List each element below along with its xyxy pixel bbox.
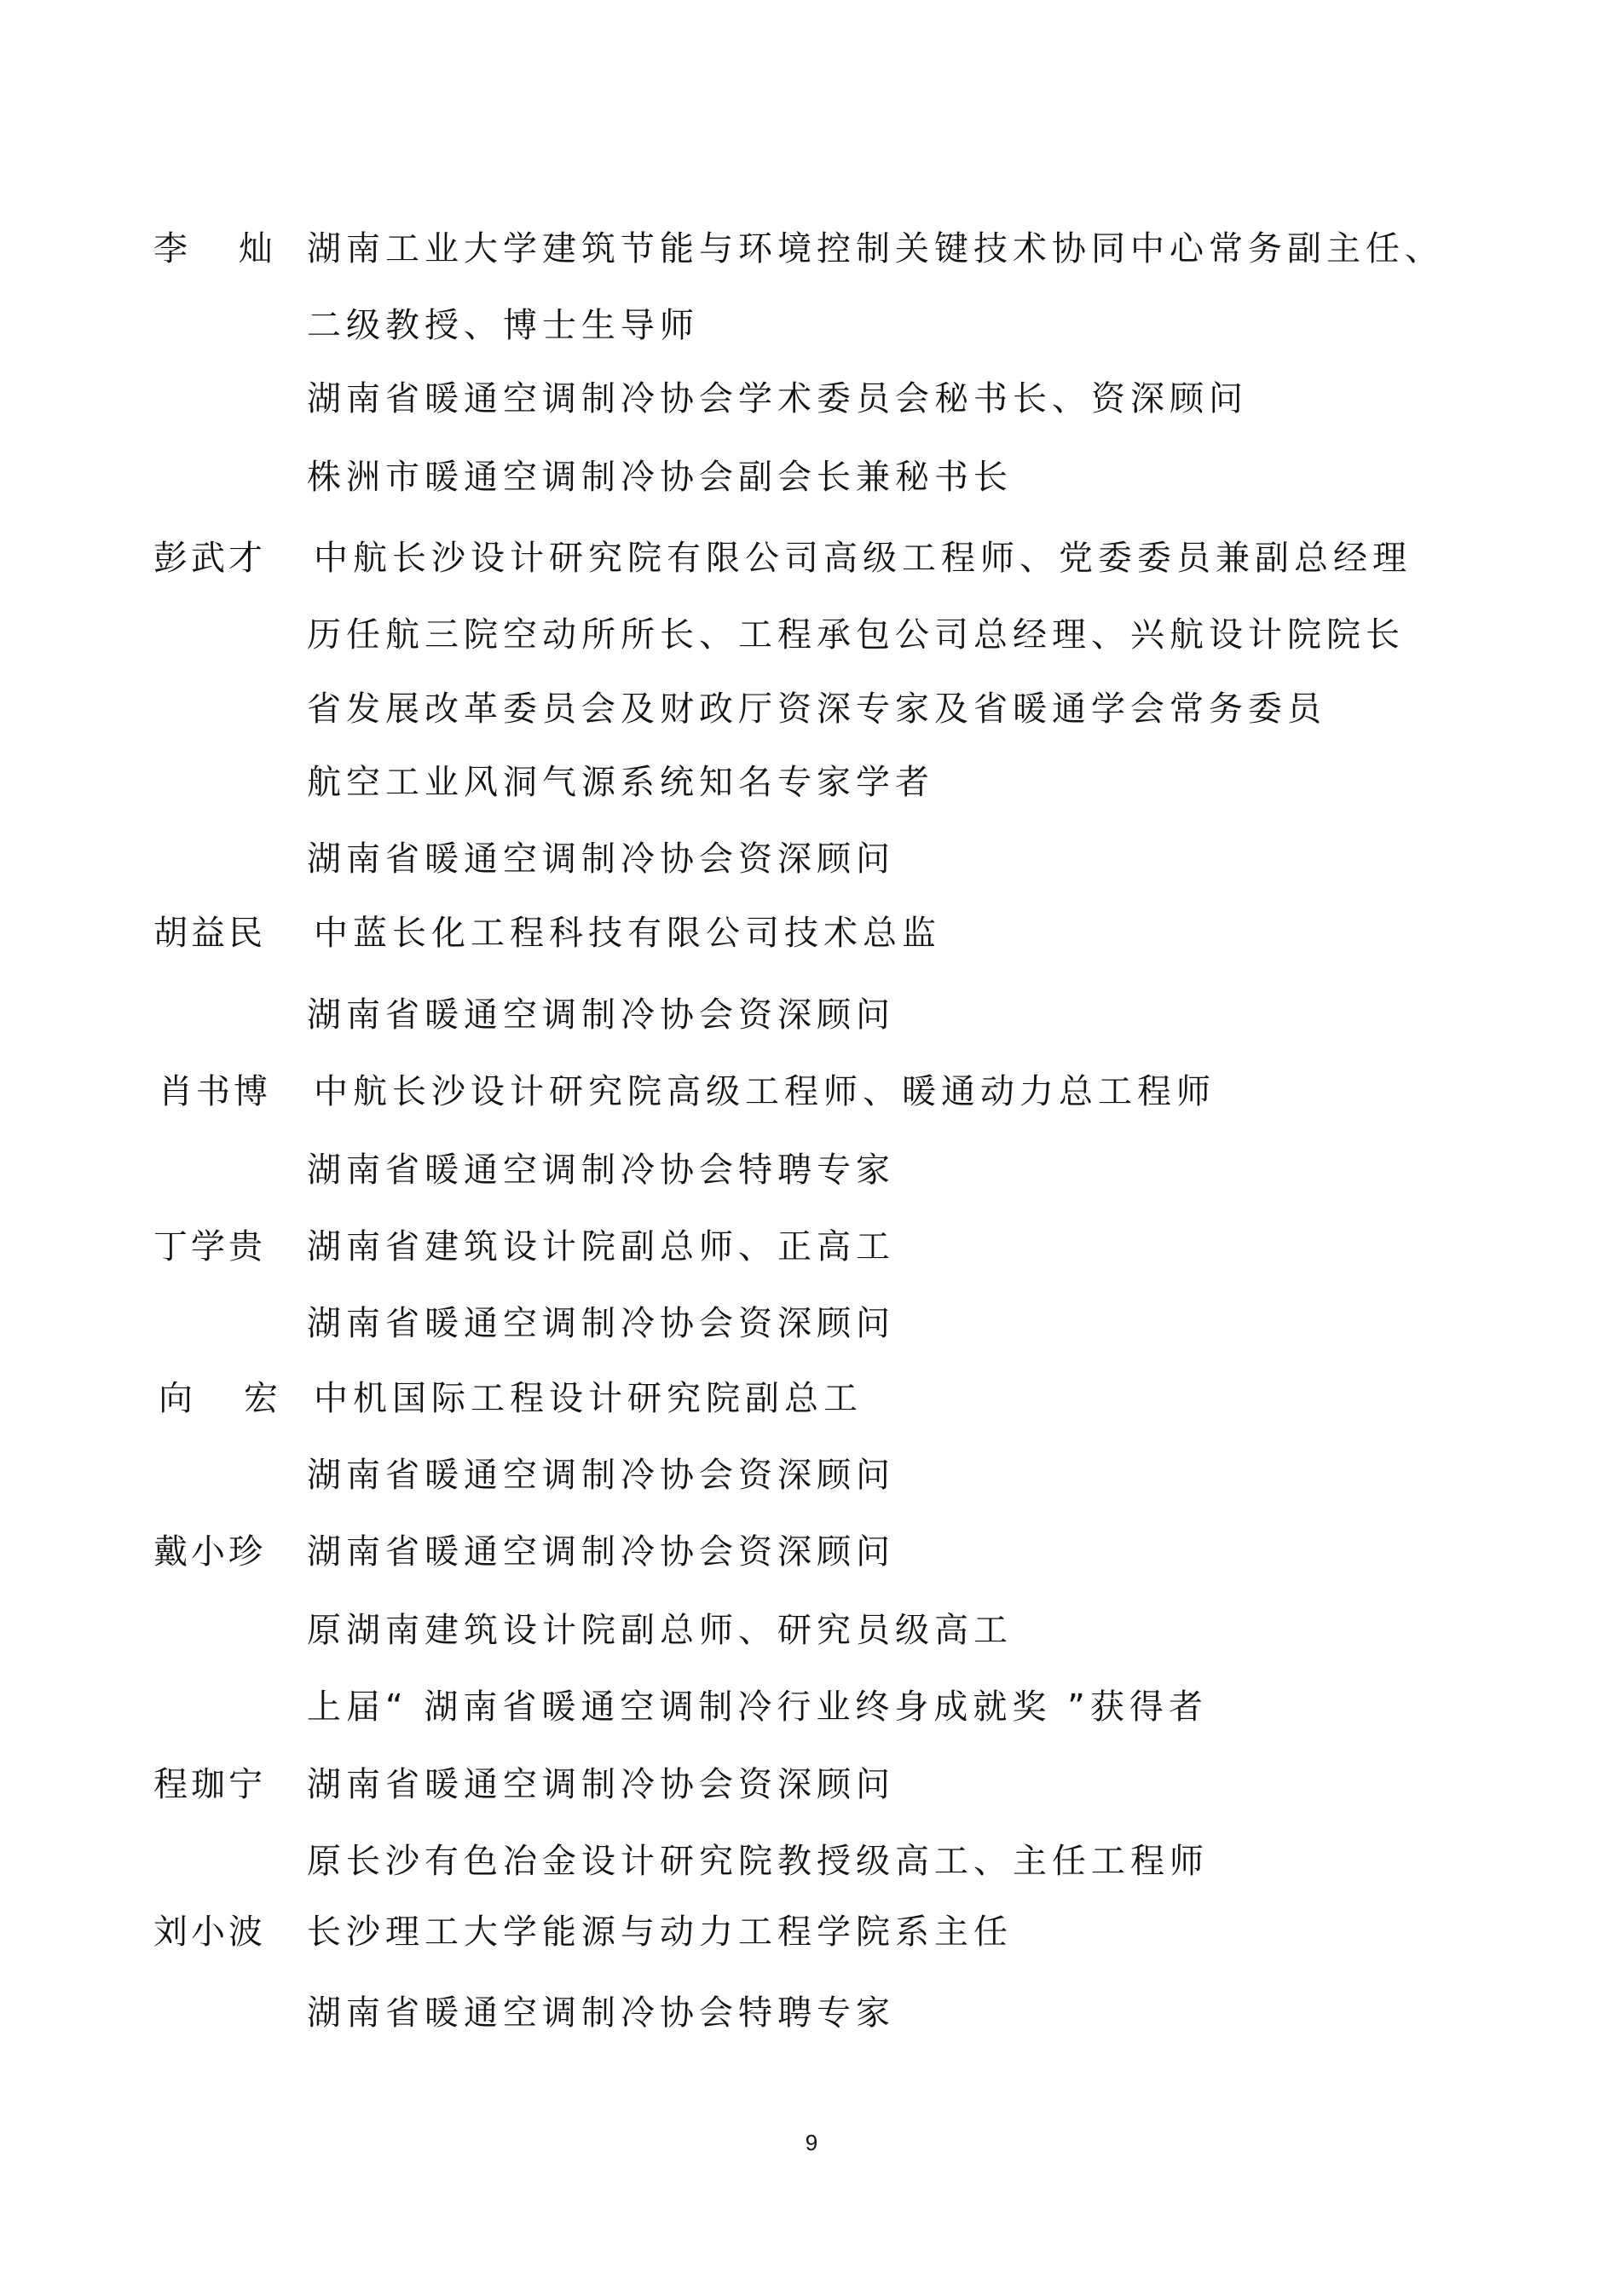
title-line: 湖南省暖通空调制冷协会资深顾问	[307, 839, 895, 880]
title-line: 二级教授、博士生导师	[307, 305, 699, 346]
title-line: 湖南省暖通空调制冷协会特聘专家	[307, 1150, 895, 1191]
title-line: 株洲市暖通空调制冷协会副会长兼秘书长	[307, 457, 1013, 498]
title-line: 中机国际工程设计研究院副总工	[314, 1378, 863, 1419]
title-line: 湖南省暖通空调制冷协会资深顾问	[307, 1455, 895, 1496]
title-line: 湖南省暖通空调制冷协会资深顾问	[307, 1303, 895, 1344]
title-line: 省发展改革委员会及财政厅资深专家及省暖通学会常务委员	[307, 689, 1326, 730]
title-line: 湖南省暖通空调制冷协会资深顾问	[307, 1532, 895, 1572]
name-char: 灿	[239, 229, 273, 268]
title-line: 原长沙有色冶金设计研究院教授级高工、主任工程师	[307, 1841, 1209, 1882]
title-line: 湖南省暖通空调制冷协会特聘专家	[307, 1993, 895, 2034]
person-name: 胡益民	[153, 913, 266, 954]
page-number: 9	[0, 2129, 1623, 2156]
title-line: 湖南省建筑设计院副总师、正高工	[307, 1226, 895, 1267]
title-line: 湖南工业大学建筑节能与环境控制关键技术协同中心常务副主任、	[307, 228, 1444, 269]
title-line: 上届“ 湖南省暖通空调制冷行业终身成就奖 ”获得者	[307, 1687, 1208, 1728]
title-line: 湖南省暖通空调制冷协会资深顾问	[307, 1764, 895, 1805]
person-name: 李灿	[153, 228, 273, 269]
title-line: 中蓝长化工程科技有限公司技术总监	[314, 913, 941, 954]
title-line: 湖南省暖通空调制冷协会资深顾问	[307, 995, 895, 1036]
title-line: 历任航三院空动所所长、工程承包公司总经理、兴航设计院院长	[307, 614, 1405, 655]
person-name: 向宏	[159, 1378, 278, 1419]
person-name: 程珈宁	[153, 1764, 266, 1805]
name-char: 宏	[244, 1379, 278, 1418]
name-char: 向	[159, 1379, 193, 1418]
document-page: 李灿 湖南工业大学建筑节能与环境控制关键技术协同中心常务副主任、 二级教授、博士…	[0, 0, 1623, 2296]
title-line: 长沙理工大学能源与动力工程学院系主任	[307, 1912, 1013, 1953]
title-line: 航空工业风洞气源系统知名专家学者	[307, 762, 934, 803]
person-name: 刘小波	[153, 1912, 266, 1953]
title-line: 原湖南建筑设计院副总师、研究员级高工	[307, 1610, 1013, 1651]
title-line: 中航长沙设计研究院高级工程师、暖通动力总工程师	[314, 1071, 1216, 1112]
person-name: 彭武才	[153, 538, 266, 579]
person-name: 丁学贵	[153, 1226, 266, 1267]
name-char: 李	[153, 229, 188, 268]
title-line: 湖南省暖通空调制冷协会学术委员会秘书长、资深顾问	[307, 378, 1248, 419]
person-name: 肖书博	[159, 1071, 271, 1112]
person-name: 戴小珍	[153, 1532, 266, 1572]
title-line: 中航长沙设计研究院有限公司高级工程师、党委委员兼副总经理	[314, 538, 1412, 579]
